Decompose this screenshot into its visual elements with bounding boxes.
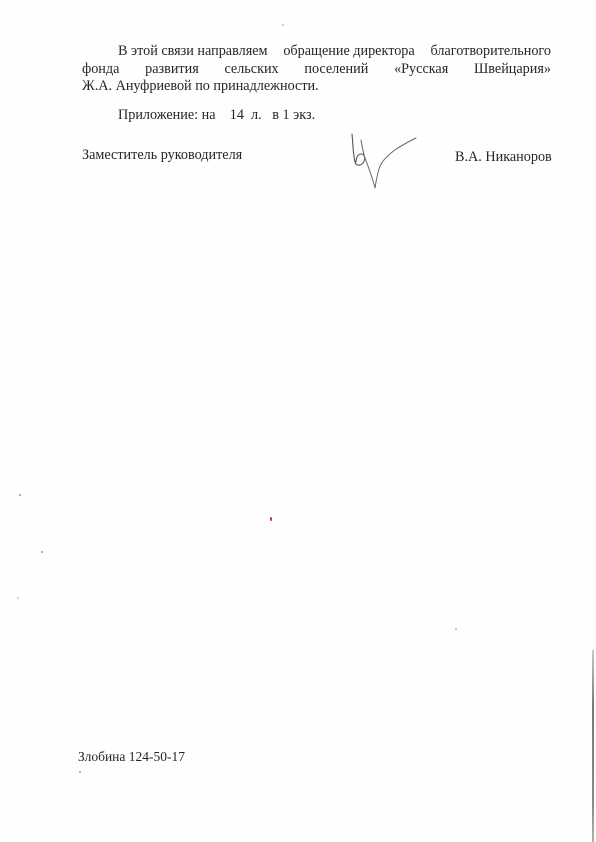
signer-name: В.А. Никаноров — [455, 149, 552, 166]
body-text: поселений — [304, 61, 368, 79]
letter-body-paragraph: В этой связи направляем обращение директ… — [82, 43, 551, 96]
appendix-pages-unit: л. — [251, 107, 262, 123]
scan-speck — [282, 24, 284, 26]
signer-title: Заместитель руководителя — [82, 147, 242, 164]
body-text: «Русская — [394, 61, 448, 79]
red-ink-mark — [270, 517, 272, 521]
appendix-label: Приложение: на — [118, 107, 216, 123]
scan-speck — [455, 628, 457, 630]
scan-edge-shadow — [592, 650, 594, 842]
body-text: Ж.А. Ануфриевой по принадлежности. — [82, 78, 319, 96]
scan-speck — [19, 494, 21, 496]
body-text: сельских — [224, 61, 278, 79]
body-text: обращение директора — [283, 43, 414, 61]
executor-contact: Злобина 124-50-17 — [78, 749, 185, 765]
body-text: развития — [145, 61, 199, 79]
scan-speck — [79, 771, 81, 773]
body-line-3: Ж.А. Ануфриевой по принадлежности. — [82, 78, 551, 96]
body-text: В этой связи направляем — [118, 43, 268, 61]
appendix-pages: 14 — [230, 107, 244, 123]
body-text: фонда — [82, 61, 119, 79]
scan-speck — [41, 551, 43, 553]
appendix-line: Приложение: на 14 л. в 1 экз. — [118, 107, 315, 124]
body-line-1: В этой связи направляем обращение директ… — [82, 43, 551, 61]
scan-speck — [17, 597, 19, 599]
appendix-copies: в 1 экз. — [272, 107, 315, 123]
body-line-2: фонда развития сельских поселений «Русск… — [82, 61, 551, 79]
body-text: благотворительного — [431, 43, 552, 61]
document-page: В этой связи направляем обращение директ… — [0, 0, 596, 842]
signature-icon — [344, 132, 420, 192]
body-text: Швейцария» — [474, 61, 551, 79]
